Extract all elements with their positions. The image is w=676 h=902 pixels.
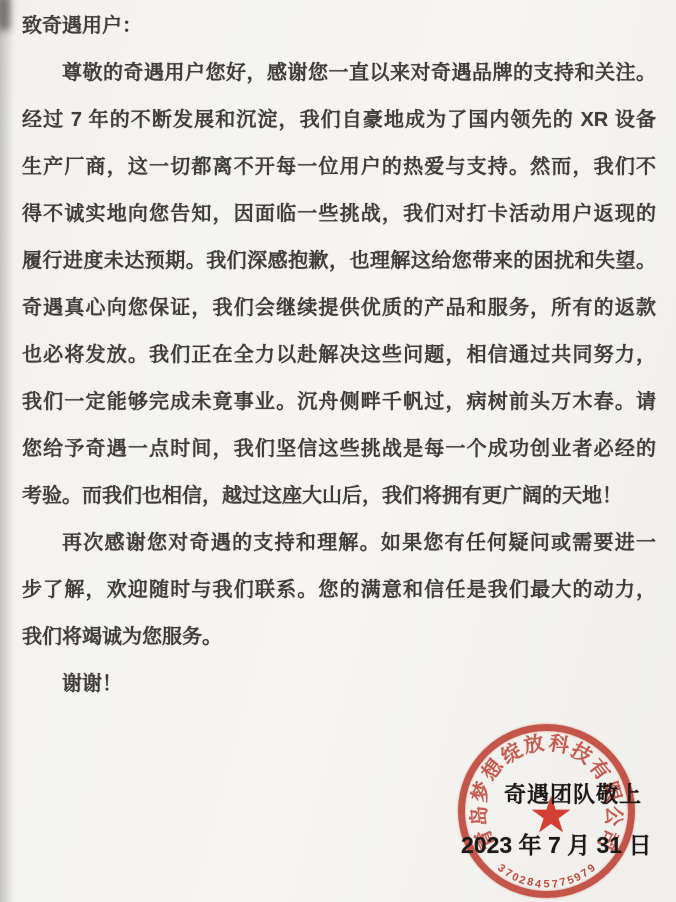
seal-serial-digit: 5 [543,880,549,891]
seal-company-name-char: 岛 [469,805,490,826]
letter-line: 得不诚实地向您告知，因面临一些挑战，我们对打卡活动用户返现的 [22,191,656,238]
letter-line: 尊敬的奇遇用户您好，感谢您一直以来对奇遇品牌的支持和关注。 [22,50,656,97]
letter-line: 履行进度未达预期。我们深感抱歉，也理解这给您带来的困扰和失望。 [22,238,656,285]
letter-line: 我们将竭诚为您服务。 [22,614,656,661]
letter-line: 我们一定能够完成未竟事业。沉舟侧畔千帆过，病树前头万木春。请 [22,379,656,426]
letter-line: 生产厂商，这一切都离不开每一位用户的热爱与支持。然而，我们不 [22,144,656,191]
seal-company-name-char: 科 [547,733,570,756]
letter-body: 致奇遇用户：尊敬的奇遇用户您好，感谢您一直以来对奇遇品牌的支持和关注。经过 7 … [0,3,676,708]
letter-line: 谢谢！ [22,661,656,708]
letter-line: 也必将发放。我们正在全力以赴解决这些问题，相信通过共同努力， [22,332,656,379]
seal-serial-digit: 7 [551,879,558,891]
letter-line: 致奇遇用户： [22,3,656,50]
letter-line: 经过 7 年的不断发展和沉淀，我们自豪地成为了国内领先的 XR 设备 [22,97,656,144]
letter-line: 考验。而我们也相信，越过这座大山后，我们将拥有更广阔的天地！ [22,473,656,520]
letter-line: 步了解，欢迎随时与我们联系。您的满意和信任是我们最大的动力， [22,567,656,614]
seal-company-name-char: 放 [523,733,546,756]
letter-photo: 致奇遇用户：尊敬的奇遇用户您好，感谢您一直以来对奇遇品牌的支持和关注。经过 7 … [0,0,676,902]
letter-line: 奇遇真心向您保证，我们会继续提供优质的产品和服务，所有的返款 [22,285,656,332]
letter-line: 您给予奇遇一点时间，我们坚信这些挑战是每一个成功创业者必经的 [22,426,656,473]
letter-date: 2023 年 7 月 31 日 [461,827,652,860]
signature-text: 奇遇团队敬上 [504,778,642,809]
letter-line: 再次感谢您对奇遇的支持和理解。如果您有任何疑问或需要进一 [22,520,656,567]
